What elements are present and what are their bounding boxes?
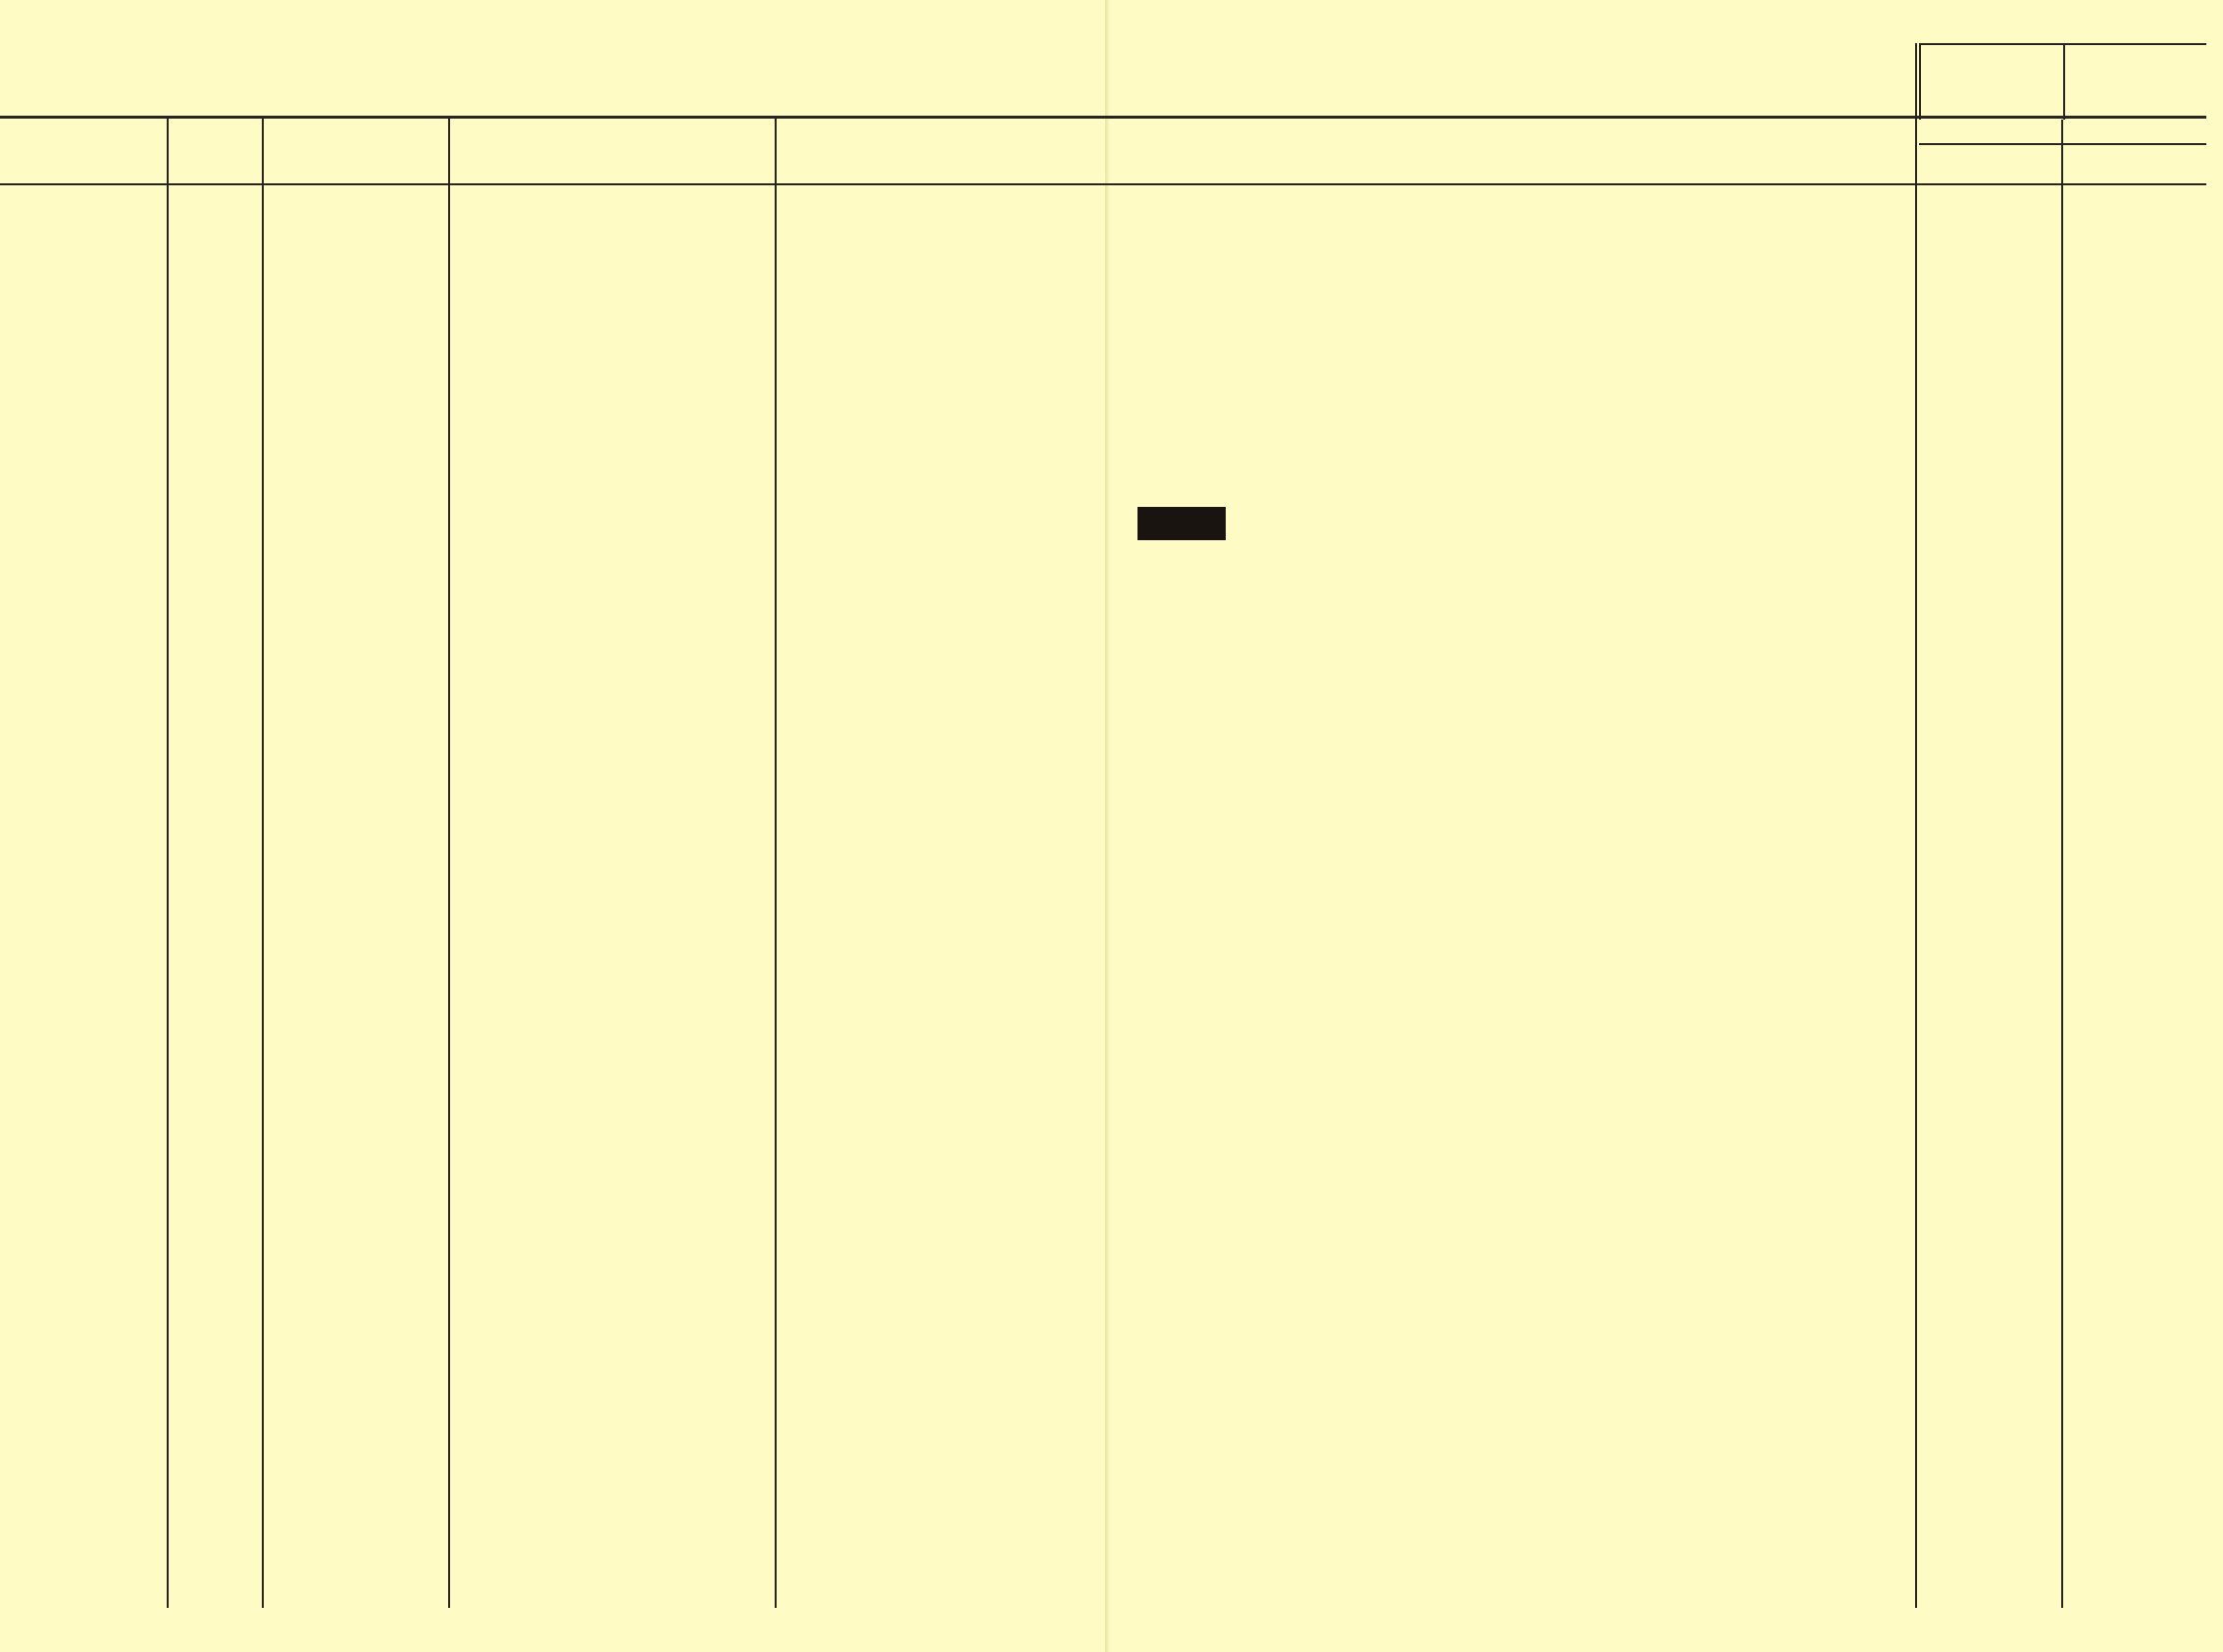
header-bottom-rule — [0, 183, 2206, 185]
rule-day-night — [2061, 120, 2063, 1608]
rule-pilot-duty — [775, 116, 777, 1608]
page-gutter — [1105, 0, 1110, 1652]
carried-forward-left-rule — [1919, 43, 1921, 120]
carried-forward-mid-rule — [2063, 43, 2065, 120]
entry-remark-heading — [1142, 1120, 1156, 1163]
rule-hour-aircraft — [262, 116, 264, 1608]
header-top-rule — [0, 116, 2206, 119]
redacted-mark — [1137, 507, 1226, 540]
rule-remarks-day — [1915, 43, 1917, 1608]
rule-date-hour — [167, 116, 169, 1608]
entry-remark-heading — [1137, 502, 1234, 542]
rule-aircraft-pilot — [448, 116, 450, 1608]
